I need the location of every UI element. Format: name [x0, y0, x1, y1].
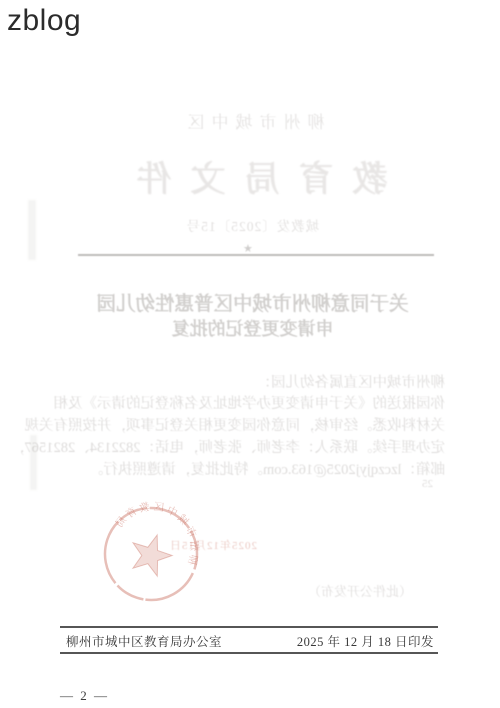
ghost-title-line1: 关于同意柳州市城中区普惠性幼儿园: [50, 288, 455, 316]
footer-print-date: 2025 年 12 月 18 日印发: [297, 632, 438, 650]
scan-smudge: [28, 200, 36, 260]
seal-date-text: 2025年12月15日: [158, 537, 268, 553]
ghost-letterhead-title: 教育局文件: [40, 152, 465, 202]
footer-colophon: 柳州市城中区教育局办公室 2025 年 12 月 18 日印发: [60, 631, 438, 651]
ghost-body-line: 柳州市城中区直属各幼儿园：: [60, 371, 445, 392]
ghost-document-number: 城教发〔2025〕15号: [60, 215, 445, 235]
ghost-body-line: 邮箱：lzczqjyj2025@163.com。特此批复，请遵照执行。: [60, 458, 445, 479]
footer-divider-bottom: [60, 652, 438, 654]
ghost-red-rule: [78, 254, 434, 256]
official-seal-stamp: 柳州市城中区教育局: [95, 498, 207, 610]
ghost-publish-note: （此件公开发布）: [260, 581, 460, 600]
ghost-text-fragment: 25: [378, 478, 433, 490]
scanned-document: 柳州市城中区 教育局文件 城教发〔2025〕15号 ★ 关于同意柳州市城中区普惠…: [0, 40, 500, 660]
site-logo[interactable]: zblog: [7, 4, 81, 38]
footer-divider-top: [60, 626, 438, 628]
ghost-header-text: 柳州市城中区: [60, 108, 445, 133]
ghost-star-ornament: ★: [243, 242, 253, 255]
ghost-title-line2: 申请变更登记的批复: [50, 315, 455, 341]
ghost-body-line: 定办理手续。联系人：李老师、张老师，电话：2822134、2821567，: [60, 436, 445, 457]
footer-issuing-office: 柳州市城中区教育局办公室: [60, 632, 222, 650]
ghost-body-line: 关材料收悉。经审核，同意你园变更相关登记事项，并按照有关规: [60, 414, 445, 435]
ghost-body-line: 你园报送的《关于申请变更办学地址及名称登记的请示》及相: [60, 392, 445, 413]
page-number: — 2 —: [60, 688, 109, 704]
